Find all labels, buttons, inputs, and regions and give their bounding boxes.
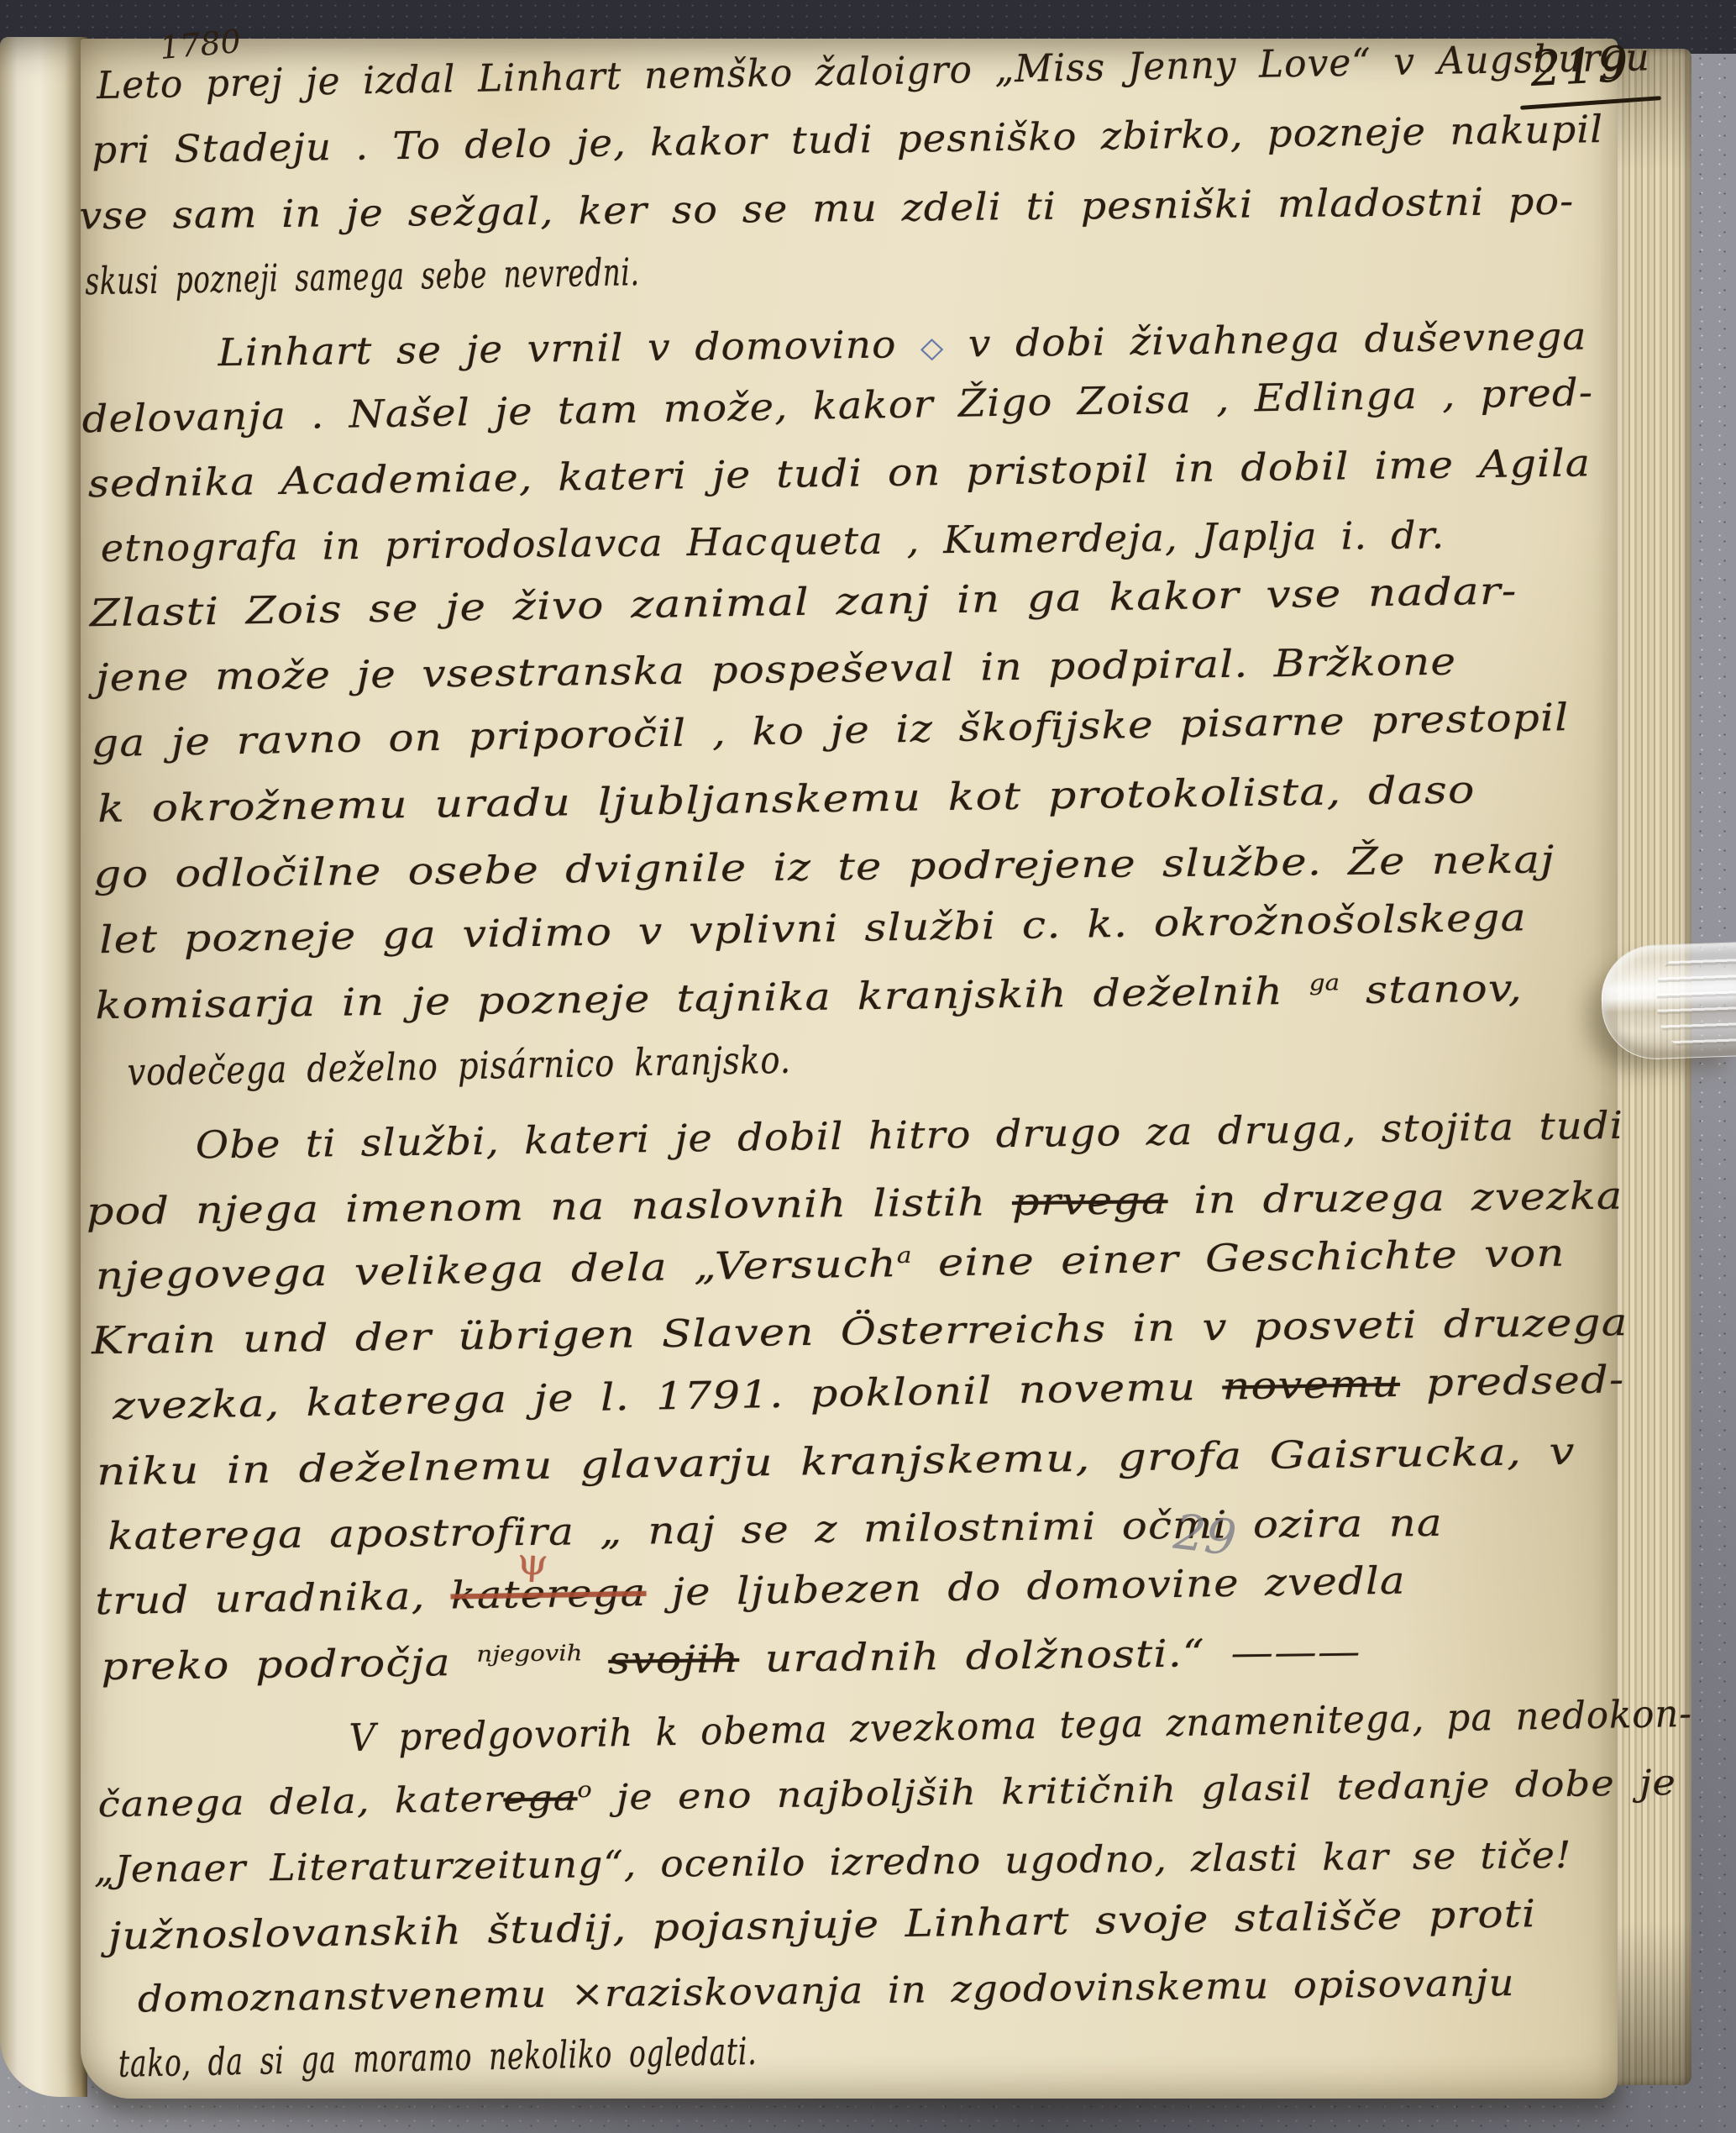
manuscript-line: pod njega imenom na naslovnih listih prv…: [87, 1174, 1623, 1235]
manuscript-line: delovanja . Našel je tam može, kakor Žig…: [81, 370, 1593, 442]
manuscript-line: vse sam in je sežgal, ker so se mu zdeli…: [79, 179, 1574, 239]
manuscript-line: tako, da si ga moramo nekoliko ogledati.: [118, 2029, 758, 2087]
manuscript-line: „Jenaer Literaturzeitung“, ocenilo izred…: [94, 1834, 1572, 1893]
manuscript-line: let pozneje ga vidimo v vplivni službi c…: [99, 895, 1527, 963]
year-annotation: 1780: [159, 25, 243, 64]
manuscript-line: čanega dela, kateregao je eno najboljših…: [97, 1762, 1676, 1826]
manuscript-line: vodečega deželno pisárnico kranjsko.: [127, 1038, 791, 1095]
manuscript-line: niku in deželnemu glavarju kranjskemu, g…: [97, 1429, 1576, 1495]
manuscript-line: zvezka, katerega je l. 1791. poklonil no…: [113, 1357, 1625, 1429]
manuscript-line: Krain und der übrigen Slaven Österreichs…: [92, 1300, 1628, 1363]
manuscript-line: pri Stadeju . To delo je, kakor tudi pes…: [92, 107, 1604, 173]
manuscript-lines: Leto prej je izdal Linhart nemško žaloig…: [0, 0, 1736, 2133]
glass-page-weight: [1600, 942, 1736, 1061]
manuscript-line: njegovega velikega dela „Versucha eine e…: [95, 1231, 1566, 1300]
manuscript-line: k okrožnemu uradu ljubljanskemu kot prot…: [97, 767, 1476, 832]
manuscript-line: katerega apostrofira „ naj se z milostni…: [108, 1500, 1443, 1559]
manuscript-photo: Leto prej je izdal Linhart nemško žaloig…: [0, 0, 1736, 2133]
manuscript-line: skusi pozneji samega sebe nevredni.: [85, 250, 640, 304]
manuscript-line: etnografa in prirodoslavca Hacqueta , Ku…: [101, 512, 1445, 571]
manuscript-line: go odločilne osebe dvignile iz te podrej…: [93, 837, 1555, 897]
manuscript-line: Leto prej je izdal Linhart nemško žaloig…: [97, 34, 1650, 108]
manuscript-line: Zlasti Zois se je živo zanimal zanj in g…: [89, 568, 1517, 636]
manuscript-line: jene može je vsestranska pospeševal in p…: [96, 639, 1457, 701]
manuscript-line: komisarja in je pozneje tajnika kranjski…: [95, 966, 1523, 1029]
pencil-annotation: 29: [1172, 1507, 1239, 1563]
manuscript-line: sednika Academiae, kateri je tudi on pri…: [87, 440, 1591, 507]
page-number: 219: [1529, 39, 1633, 93]
manuscript-line: ga je ravno on priporočil , ko je iz ško…: [92, 695, 1570, 766]
manuscript-line: Linhart se je vrnil v domovino ◇ v dobi …: [218, 314, 1587, 376]
manuscript-line: Obe ti službi, kateri je dobil hitro dru…: [195, 1103, 1623, 1169]
manuscript-line: južnoslovanskih študij, pojasnjuje Linha…: [108, 1891, 1536, 1959]
manuscript-line: domoznanstvenemu ×raziskovanja in zgodov…: [138, 1962, 1515, 2022]
manuscript-line: V predgovorih k obema zvezkoma tega znam…: [349, 1691, 1692, 1761]
manuscript-line: preko področja njegovih svojih uradnih d…: [101, 1629, 1361, 1689]
manuscript-line: trud uradnika, katerega je ljubezen do d…: [95, 1558, 1406, 1625]
